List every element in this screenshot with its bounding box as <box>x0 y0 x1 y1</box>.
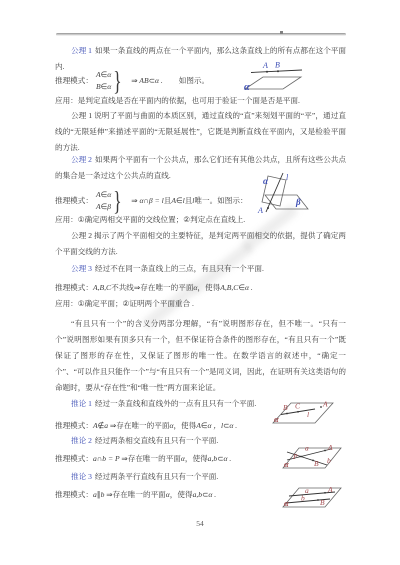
corollary2-mode-math: a,b⊂α . <box>208 451 232 467</box>
axiom2-figure: α l β A <box>257 172 309 214</box>
corollary2-inference-mode: 推理模式： a∩b = P ⇒ 存在唯一的平面α，使得 a,b⊂α . <box>55 451 231 467</box>
line-label-b: b <box>301 494 305 503</box>
axiom1-remark: 公理 1 说明了平面与曲面的本质区别，通过直线的“直”来刻划平面的“平”，通过直… <box>55 108 346 156</box>
point-label-B: B <box>314 459 319 468</box>
axiom1-premise-2: B∈α <box>96 81 111 94</box>
axiom1-premise-1: A∈α <box>96 69 111 82</box>
axiom3-mode-text: 存在唯一的平面 <box>140 280 193 296</box>
corollary3-label: 推论 3 <box>71 472 92 481</box>
page-artifact-dot <box>280 31 283 34</box>
axiom2-premise-1: A∈α <box>96 189 111 202</box>
axiom3-text: 经过不在同一条直线上的三点，有且只有一个平面. <box>95 264 264 273</box>
point-label-P: P <box>292 452 298 461</box>
axiom3-statement: 公理 3经过不在同一条直线上的三点，有且只有一个平面. <box>55 261 346 277</box>
axiom2-conclusion-text: 且 <box>185 193 193 209</box>
corollary3-mode-math: a∥b ⇒ <box>93 487 113 503</box>
point-label-B: B <box>320 498 325 507</box>
axiom2-conclusion: ⇒ α∩β = l <box>131 193 164 209</box>
line-label-a: a <box>305 486 309 495</box>
corollary1-label: 推论 1 <box>71 399 92 408</box>
corollary1-text: 经过一条直线和直线外的一点有且只有一个平面. <box>95 399 256 408</box>
page-number: 54 <box>0 519 400 528</box>
premise-stack: A∈α A∈β <box>96 189 111 214</box>
corollary1-inference-mode: 推理模式： A∉a ⇒ 存在唯一的平面α，使得 A∈α ，l⊂α . <box>55 418 237 434</box>
premise-stack: A∈α B∈α <box>96 69 111 94</box>
plane-label-alpha: α <box>284 459 289 469</box>
axiom3-mode-math: A,B,C <box>93 280 111 296</box>
mode-label: 推理模式： <box>55 451 93 467</box>
axiom1-label: 公理 1 <box>71 46 92 55</box>
axiom3-inference-mode: 推理模式： A,B,C 不共线 ⇒ 存在唯一的平面α，使得 A,B,C∈α . <box>55 280 253 296</box>
corollary2-mode-text: ，使得 <box>185 451 208 467</box>
axiom3-label: 公理 3 <box>71 264 92 273</box>
mode-label: 推理模式： <box>55 73 93 89</box>
plane-label-alpha: α <box>284 498 289 508</box>
mode-label: 推理模式： <box>55 280 93 296</box>
corollary3-inference-mode: 推理模式： a∥b ⇒ 存在唯一的平面α，使得 a,b⊂α . <box>55 487 216 503</box>
point-label-A: A <box>327 485 333 494</box>
corollary3-figure: a A b B α <box>281 485 343 509</box>
mode-label: 推理模式： <box>55 487 93 503</box>
corollary2-figure: a A P B b α <box>281 443 343 470</box>
axiom3-mode-text: 不共线 <box>111 280 134 296</box>
mode-label: 推理模式： <box>55 418 93 434</box>
axiom2-label: 公理 2 <box>71 155 92 164</box>
axiom2-conclusion-text: 唯一。如图示： <box>194 193 247 209</box>
point-label-A: A <box>327 443 333 452</box>
axiom3-application: 应用：①确定平面；②证明两个平面重合 . <box>55 296 346 312</box>
plane-label-alpha: α <box>263 176 269 186</box>
corollary3-mode-text: 存在唯一的平面 <box>113 487 166 503</box>
corollary3-mode-text: ，使得 <box>170 487 193 503</box>
point-label-A: A <box>322 400 328 409</box>
line-label-l: l <box>286 173 289 182</box>
axiom2-conclusion: A∈l <box>171 193 184 209</box>
corollary1-statement: 推论 1经过一条直线和直线外的一点有且只有一个平面. <box>55 396 270 412</box>
corollary2-text: 经过两条相交直线有且只有一个平面. <box>95 436 218 445</box>
axiom1-figure: A B α <box>242 58 304 92</box>
corollary1-figure: B C A l α <box>271 399 335 425</box>
corollary1-mode-math: A∈α ，l⊂α . <box>196 418 237 434</box>
axiom1-figure-note: 如图示。 <box>179 73 209 89</box>
plane-label-alpha: α <box>244 82 250 92</box>
axiom1-application: 应用：是判定直线是否在平面内的依据，也可用于验证一个面是否是平面. <box>55 93 346 109</box>
line-label-b: b <box>327 456 331 465</box>
mode-label: 推理模式： <box>55 193 93 209</box>
corollary2-mode-math: a∩b = P ⇒ <box>93 451 128 467</box>
corollary3-mode-math: a,b⊂α . <box>193 487 217 503</box>
axiom3-mode-text: ，使得 <box>197 280 220 296</box>
brace-glyph: } <box>113 188 121 215</box>
point-label-B: B <box>283 403 288 412</box>
line-label-l: l <box>307 410 309 419</box>
corollary2-mode-text: 存在唯一的平面 <box>128 451 181 467</box>
line-label-a: a <box>305 444 309 453</box>
corollary2-statement: 推论 2经过两条相交直线有且只有一个平面. <box>55 433 270 449</box>
page-edge-shadow <box>56 33 346 36</box>
brace-glyph: } <box>113 68 121 95</box>
axiom3-mode-math: A,B,C∈α . <box>220 280 253 296</box>
corollary1-mode-text: ，使得 <box>173 418 196 434</box>
corollary1-mode-math: A∉a ⇒ <box>93 418 116 434</box>
corollary3-text: 经过两条平行直线有且只有一个平面. <box>95 472 218 481</box>
axiom2-application: 应用：①确定两相交平面的交线位置；②判定点在直线上. <box>55 212 346 228</box>
axiom2-remark: 公理 2 揭示了两个平面相交的主要特征，是判定两平面相交的依据，提供了确定两个平… <box>55 228 346 260</box>
point-label-A: A <box>262 61 268 70</box>
corollary3-statement: 推论 3经过两条平行直线有且只有一个平面. <box>55 469 270 485</box>
corollary1-mode-text: 存在唯一的平面 <box>116 418 169 434</box>
corollary2-label: 推论 2 <box>71 436 92 445</box>
plane-label-alpha: α <box>274 414 279 424</box>
uniqueness-note: “有且只有一个”的含义分两部分理解，“有”说明图形存在，但不唯一。“只有一个”说… <box>55 316 346 396</box>
plane-label-beta: β <box>295 197 301 207</box>
point-label-B: B <box>275 61 280 70</box>
axiom1-conclusion: ⇒ AB⊂α . <box>131 73 163 89</box>
textbook-page: 公理 1如果一条直线的两点在一个平面内，那么这条直线上的所有点都在这个平面内. … <box>0 0 400 565</box>
